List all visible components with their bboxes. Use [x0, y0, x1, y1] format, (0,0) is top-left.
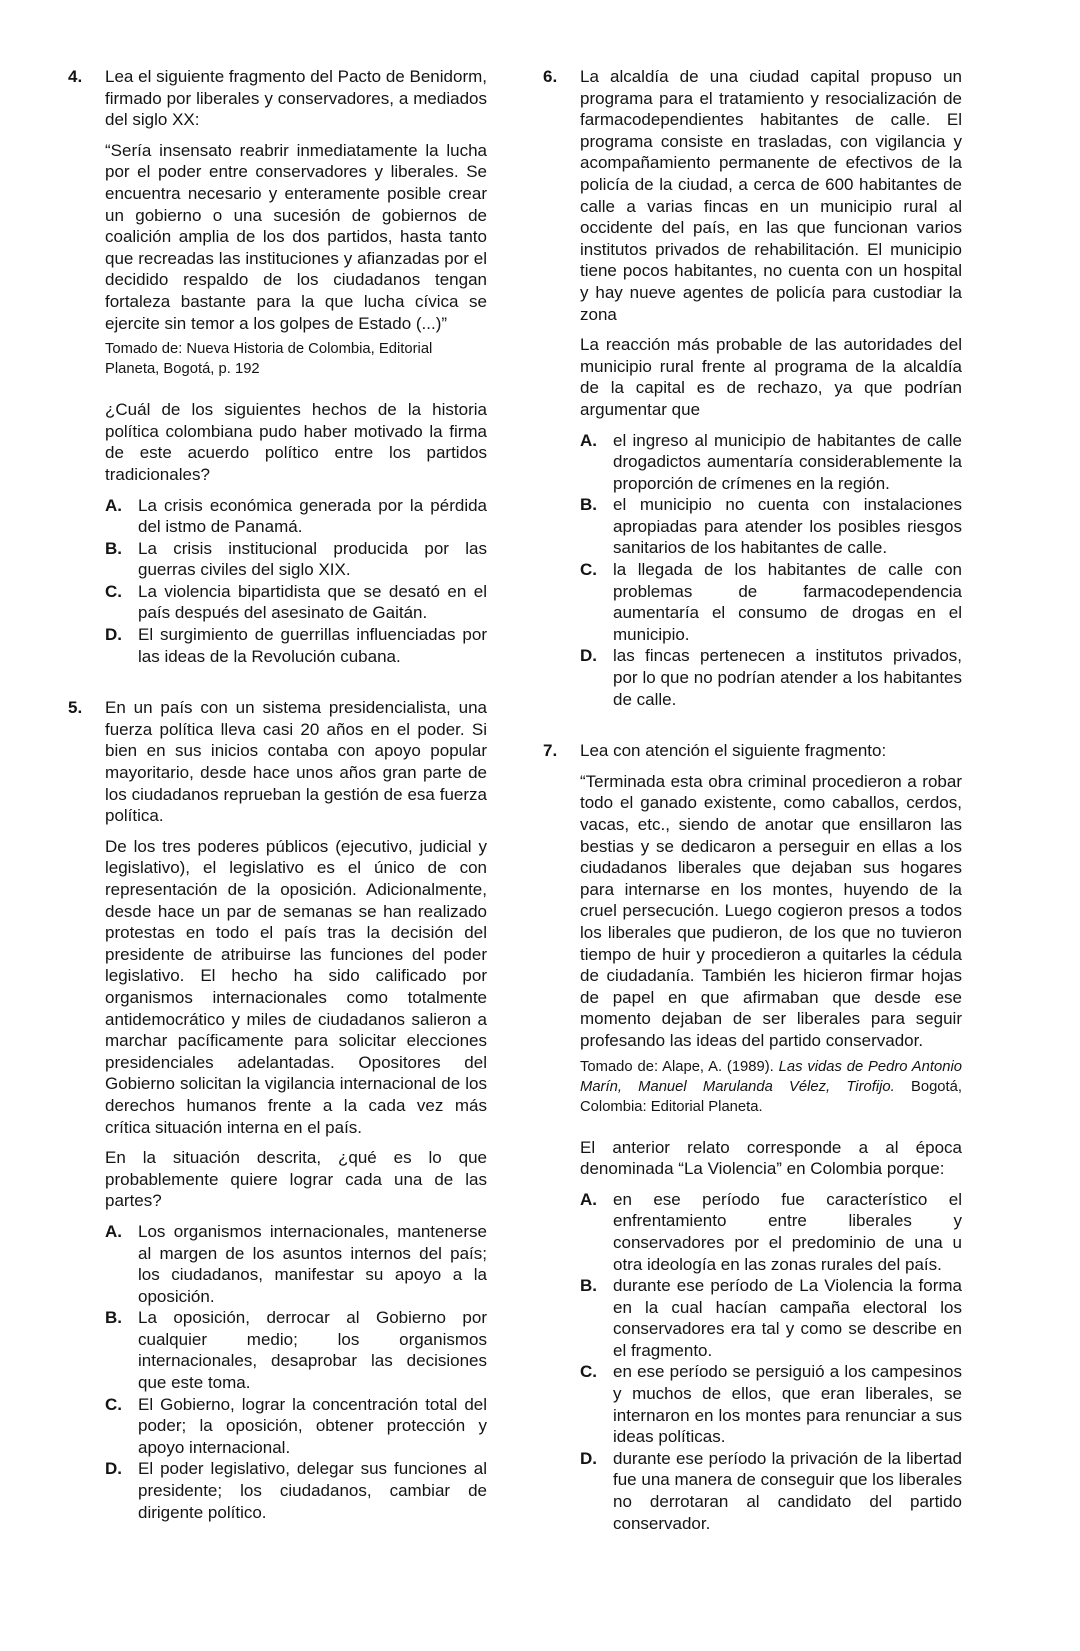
exam-page: 4. Lea el siguiente fragmento del Pacto … — [0, 0, 1080, 1564]
option-letter: B. — [580, 1275, 613, 1361]
quote-paragraph: “Sería insensato reabrir inmediatamente … — [105, 140, 487, 334]
option-text: durante ese período la privación de la l… — [613, 1448, 962, 1534]
question-paragraph-1: En un país con un sistema presidencialis… — [105, 697, 487, 827]
option-text: El poder legislativo, delegar sus funcio… — [138, 1458, 487, 1523]
question-body: Lea el siguiente fragmento del Pacto de … — [105, 66, 487, 667]
option-text: La violencia bipartidista que se desató … — [138, 581, 487, 624]
option-row-d: D. durante ese período la privación de l… — [580, 1448, 962, 1534]
column-left: 4. Lea el siguiente fragmento del Pacto … — [68, 66, 487, 1564]
question-body: En un país con un sistema presidencialis… — [105, 697, 487, 1523]
option-text: durante ese período de La Violencia la f… — [613, 1275, 962, 1361]
option-row-a: A. La crisis económica generada por la p… — [105, 495, 487, 538]
option-letter: C. — [580, 559, 613, 645]
option-row-a: A. en ese período fue característico el … — [580, 1189, 962, 1275]
option-row-c: C. La violencia bipartidista que se desa… — [105, 581, 487, 624]
question-block-4: 4. Lea el siguiente fragmento del Pacto … — [68, 66, 487, 667]
option-row-b: B. durante ese período de La Violencia l… — [580, 1275, 962, 1361]
option-row-b: B. La crisis institucional producida por… — [105, 538, 487, 581]
option-row-c: C. El Gobierno, lograr la concentración … — [105, 1394, 487, 1459]
option-text: el ingreso al municipio de habitantes de… — [613, 430, 962, 495]
option-text: El Gobierno, lograr la concentración tot… — [138, 1394, 487, 1459]
option-letter: B. — [105, 538, 138, 581]
question-block-5: 5. En un país con un sistema presidencia… — [68, 697, 487, 1523]
option-letter: A. — [580, 1189, 613, 1275]
option-letter: D. — [580, 1448, 613, 1534]
question-block-7: 7. Lea con atención el siguiente fragmen… — [543, 740, 962, 1534]
option-letter: D. — [580, 645, 613, 710]
options-list: A. Los organismos internacionales, mante… — [105, 1221, 487, 1523]
option-letter: C. — [105, 1394, 138, 1459]
question-paragraph-2: De los tres poderes públicos (ejecutivo,… — [105, 836, 487, 1138]
option-text: en ese período fue característico el enf… — [613, 1189, 962, 1275]
option-letter: B. — [105, 1307, 138, 1393]
question-prompt: La reacción más probable de las autorida… — [580, 334, 962, 420]
option-text: las fincas pertenecen a institutos priva… — [613, 645, 962, 710]
option-letter: A. — [105, 1221, 138, 1307]
question-block-6: 6. La alcaldía de una ciudad capital pro… — [543, 66, 962, 710]
question-body: Lea con atención el siguiente fragmento:… — [580, 740, 962, 1534]
option-letter: A. — [580, 430, 613, 495]
option-row-c: C. en ese período se persiguió a los cam… — [580, 1361, 962, 1447]
option-text: La crisis institucional producida por la… — [138, 538, 487, 581]
option-text: La crisis económica generada por la pérd… — [138, 495, 487, 538]
option-row-c: C. la llegada de los habitantes de calle… — [580, 559, 962, 645]
option-row-a: A. Los organismos internacionales, mante… — [105, 1221, 487, 1307]
question-prompt: En la situación descrita, ¿qué es lo que… — [105, 1147, 487, 1212]
option-text: la llegada de los habitantes de calle co… — [613, 559, 962, 645]
option-text: el municipio no cuenta con instalaciones… — [613, 494, 962, 559]
option-row-d: D. las fincas pertenecen a institutos pr… — [580, 645, 962, 710]
option-letter: D. — [105, 624, 138, 667]
source-citation: Tomado de: Alape, A. (1989). Las vidas d… — [580, 1057, 962, 1117]
question-number: 7. — [543, 740, 580, 1534]
question-number: 4. — [68, 66, 105, 667]
question-intro: Lea con atención el siguiente fragmento: — [580, 740, 962, 762]
option-letter: C. — [580, 1361, 613, 1447]
question-prompt: El anterior relato corresponde a al époc… — [580, 1137, 962, 1180]
option-letter: C. — [105, 581, 138, 624]
option-text: La oposición, derrocar al Gobierno por c… — [138, 1307, 487, 1393]
options-list: A. en ese período fue característico el … — [580, 1189, 962, 1535]
option-letter: A. — [105, 495, 138, 538]
source-prefix: Tomado de: Alape, A. (1989). — [580, 1059, 779, 1075]
option-row-a: A. el ingreso al municipio de habitantes… — [580, 430, 962, 495]
question-intro: Lea el siguiente fragmento del Pacto de … — [105, 66, 487, 131]
source-citation: Tomado de: Nueva Historia de Colombia, E… — [105, 339, 487, 379]
quote-paragraph: “Terminada esta obra criminal procediero… — [580, 771, 962, 1052]
column-right: 6. La alcaldía de una ciudad capital pro… — [543, 66, 962, 1564]
options-list: A. La crisis económica generada por la p… — [105, 495, 487, 668]
option-text: Los organismos internacionales, mantener… — [138, 1221, 487, 1307]
question-prompt: ¿Cuál de los siguientes hechos de la his… — [105, 399, 487, 485]
option-text: El surgimiento de guerrillas influenciad… — [138, 624, 487, 667]
options-list: A. el ingreso al municipio de habitantes… — [580, 430, 962, 711]
option-row-d: D. El poder legislativo, delegar sus fun… — [105, 1458, 487, 1523]
option-row-b: B. La oposición, derrocar al Gobierno po… — [105, 1307, 487, 1393]
option-row-b: B. el municipio no cuenta con instalacio… — [580, 494, 962, 559]
question-number: 5. — [68, 697, 105, 1523]
option-row-d: D. El surgimiento de guerrillas influenc… — [105, 624, 487, 667]
question-paragraph-1: La alcaldía de una ciudad capital propus… — [580, 66, 962, 325]
question-body: La alcaldía de una ciudad capital propus… — [580, 66, 962, 710]
option-letter: B. — [580, 494, 613, 559]
question-number: 6. — [543, 66, 580, 710]
option-text: en ese período se persiguió a los campes… — [613, 1361, 962, 1447]
option-letter: D. — [105, 1458, 138, 1523]
